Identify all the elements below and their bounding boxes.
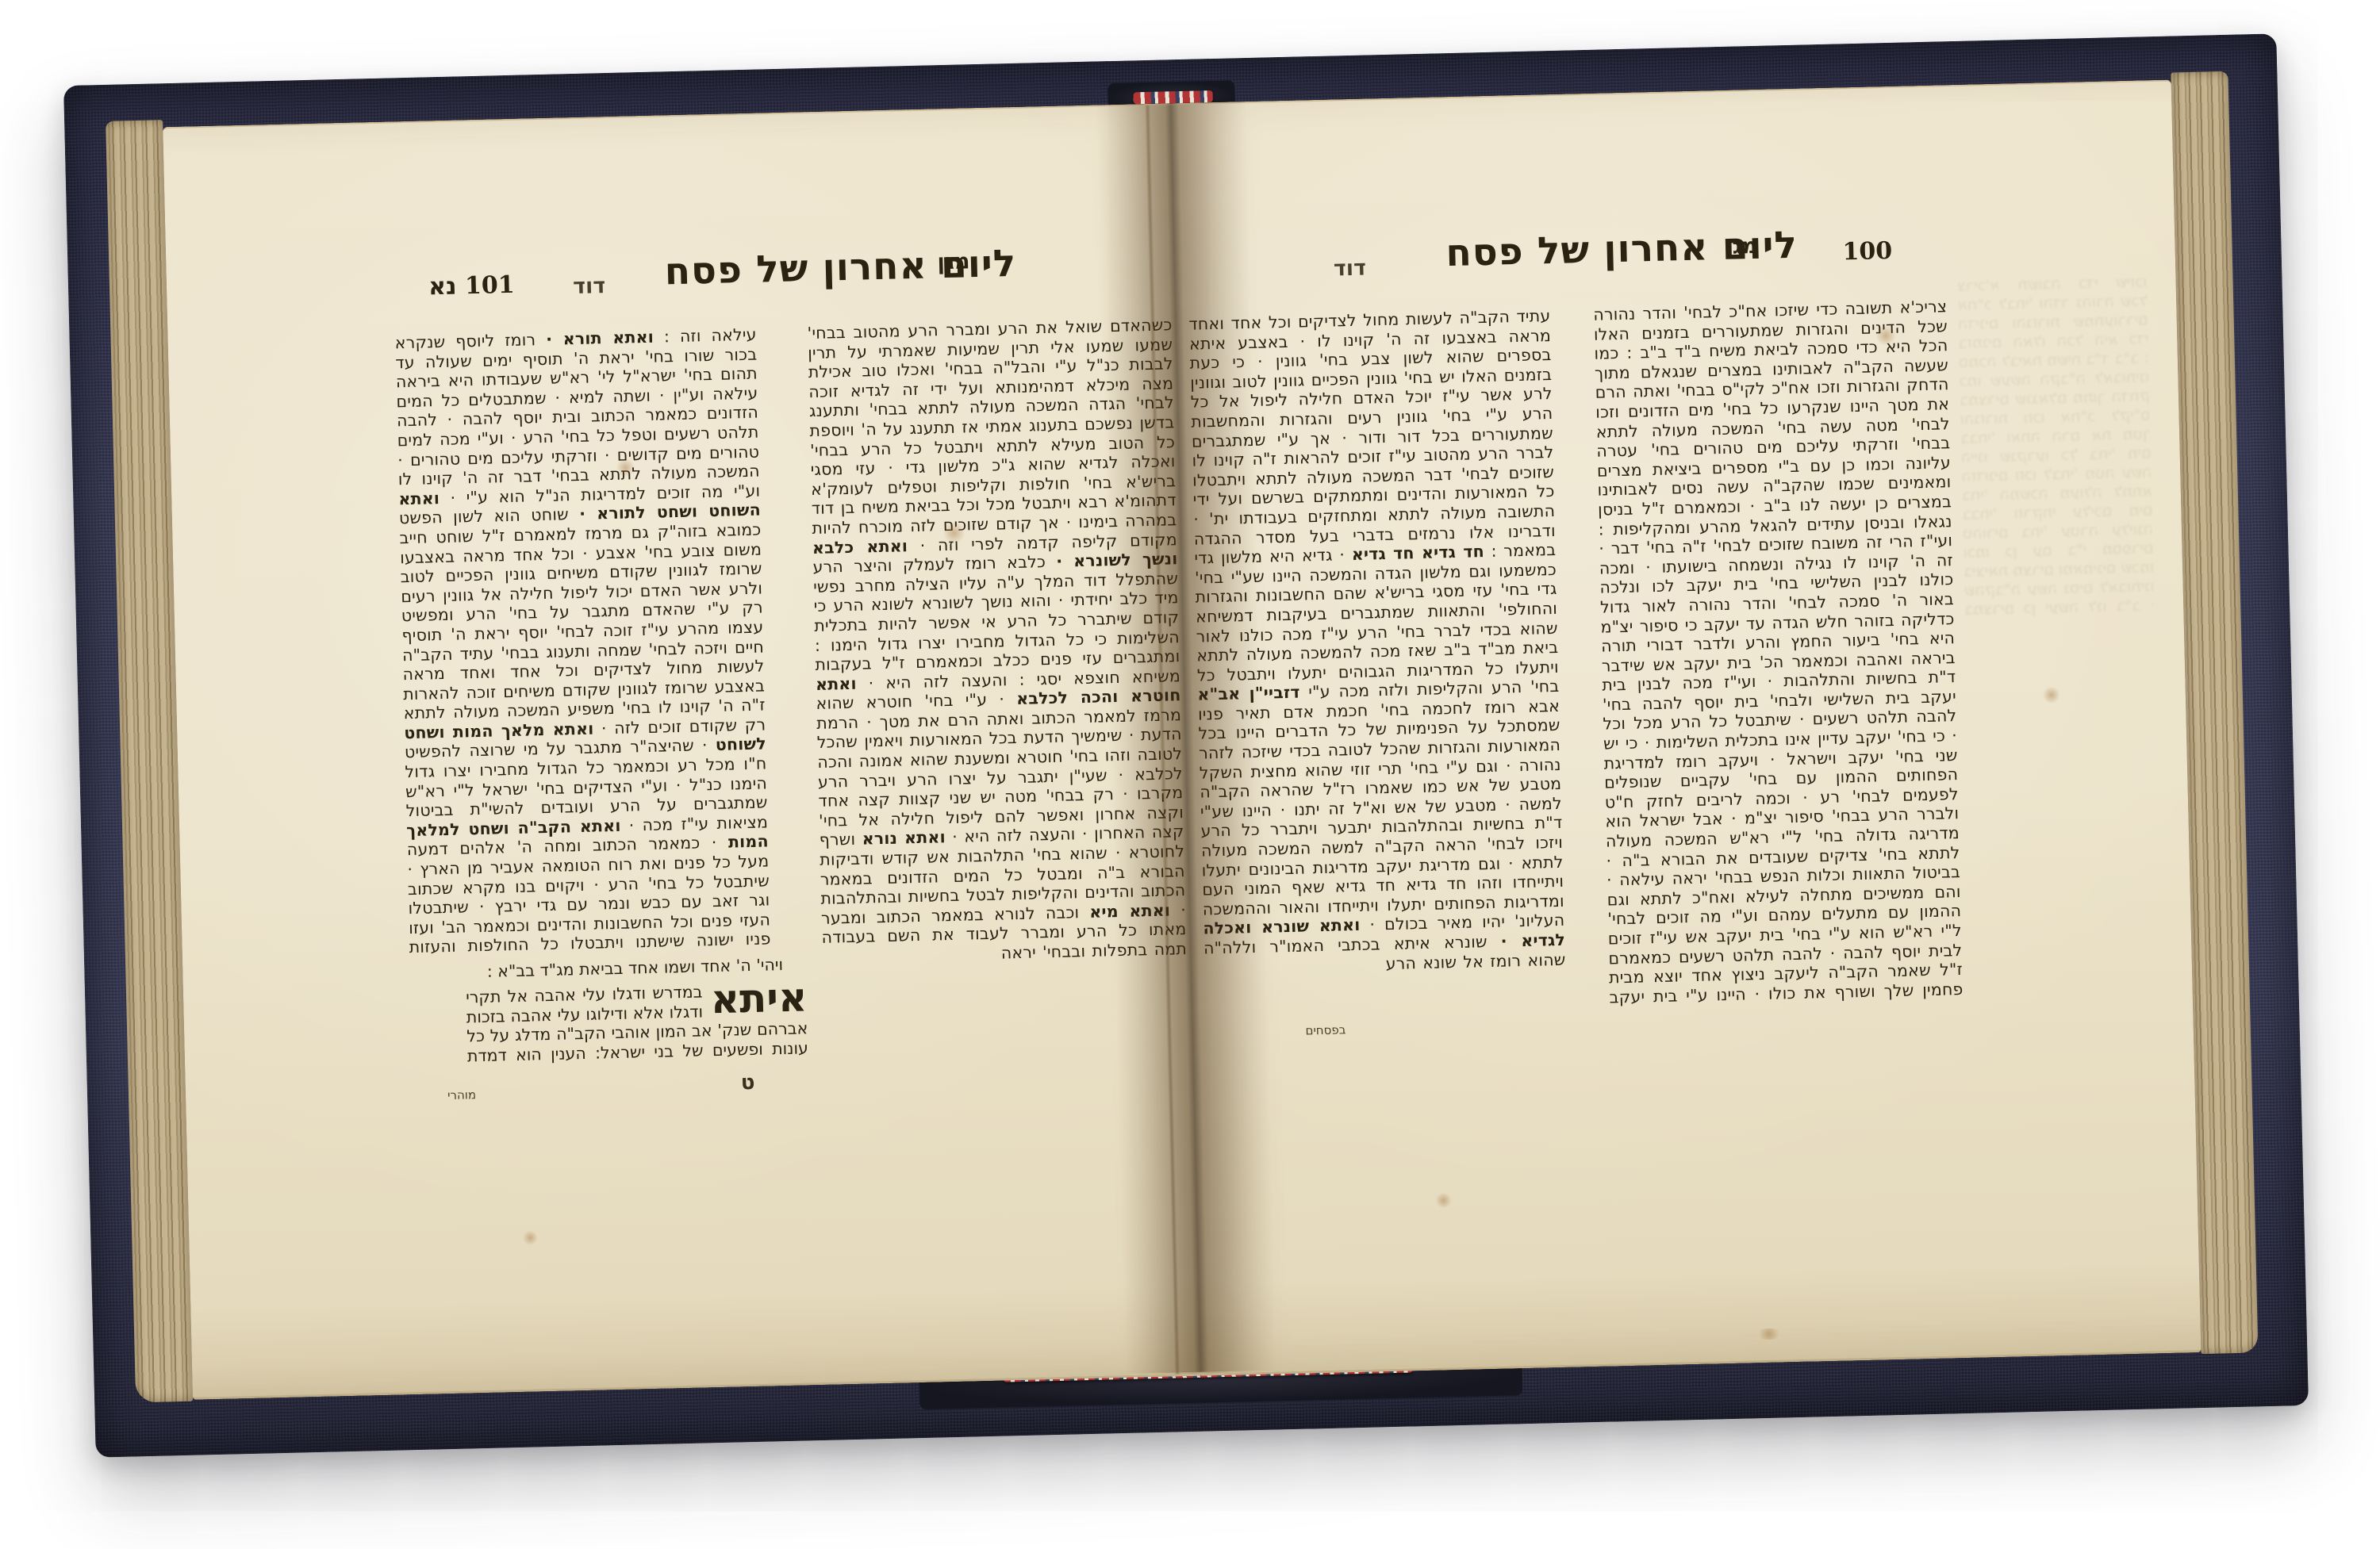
folio-hebrew: נא [428,273,457,301]
catchword: בפסחים [1305,1022,1345,1037]
right-page: דוד ליום אחרון של פסח מגן 100 עתיד הקב"ה… [1171,80,2201,1376]
left-page-folio: 101 נא [428,271,515,301]
itta-paragraph: איתאבמדרש ודגלו עלי אהבה אל תקרי ודגלו א… [466,980,808,1067]
open-book: 101 נא דוד ליום אחרון של פסח מגן עילאה ו… [63,33,2309,1457]
left-page-outer-column: עילאה וזה : ואתא תורא · רומז ליוסף שנקרא… [394,325,770,959]
foxing-spot [2042,687,2061,704]
header-word-magen: מגן [937,249,970,274]
left-page: 101 נא דוד ליום אחרון של פסח מגן עילאה ו… [163,103,1200,1399]
header-word-magen: מגן [1725,234,1758,259]
right-page-outer-column: צריכ'א תשובה כדי שיזכו אח"כ לבחי' והדר נ… [1593,297,1963,1009]
left-page-inner-column: כשהאדם שואל את הרע ומברר הרע מהטוב בבחי'… [807,315,1188,1028]
right-page-folio: 100 [1842,237,1892,266]
right-page-inner-column: עתיד הקב"ה לעשות מחול לצדיקים וכל אחד וא… [1188,306,1567,1018]
closing-line: ויהי' ה' אחד ושמו אחד בביאת מג"ד בב"א : [460,954,809,981]
header-word-david: דוד [1334,255,1367,281]
small-catchword: מוהרי [447,1087,476,1102]
foxing-spot [522,1230,538,1244]
folio-arabic: 101 [465,271,515,300]
foxing-spot [1434,1193,1452,1208]
header-word-david: דוד [573,274,606,299]
photograph-of-open-hebrew-book: { "scene": { "background_color": "#fffff… [0,0,2380,1549]
foxing-spot [1756,1328,1783,1340]
ink-show-through: צריכ'א תשובה כדי שיזכו אח"כ לבחי' והדר נ… [1956,272,2155,618]
itta-initial-word: איתא [702,980,808,1017]
quire-signature: ט [741,1071,755,1095]
